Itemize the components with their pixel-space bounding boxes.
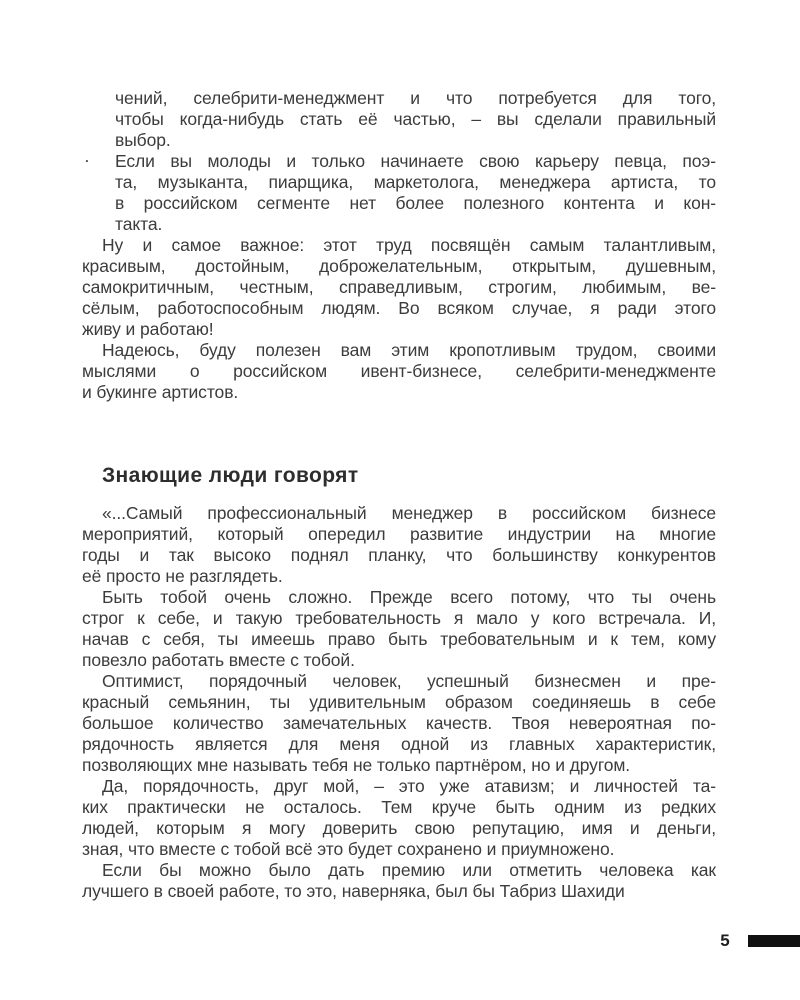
paragraph: Надеюсь, буду полезен вам этим кропотлив… xyxy=(82,340,716,403)
bullet-continuation: чений, селебрити-менеджмент и что потреб… xyxy=(82,88,716,151)
text-line: та, музыканта, пиарщика, маркетолога, ме… xyxy=(115,172,716,193)
text-line: позволяющих мне называть тебя не только … xyxy=(82,755,716,776)
text-line: большое количество замечательных качеств… xyxy=(82,713,716,734)
text-line: лучшего в своей работе, то это, наверняк… xyxy=(82,881,716,902)
paragraph: Быть тобой очень сложно. Прежде всего по… xyxy=(82,587,716,671)
text-line: живу и работаю! xyxy=(82,319,716,340)
text-line: выбор. xyxy=(115,130,716,151)
text-line: красный семьянин, ты удивительным образо… xyxy=(82,692,716,713)
text-line: в российском сегменте нет более полезног… xyxy=(115,193,716,214)
section-heading: Знающие люди говорят xyxy=(82,463,716,489)
text-line: Да, порядочность, друг мой, – это уже ат… xyxy=(82,776,716,797)
bullet-marker-icon: · xyxy=(84,150,90,171)
text-line: строг к себе, и такую требовательность я… xyxy=(82,608,716,629)
text-line: такта. xyxy=(115,214,716,235)
text-line: людей, которым я могу доверить свою репу… xyxy=(82,818,716,839)
paragraph: Если бы можно было дать премию или отмет… xyxy=(82,860,716,902)
page-number: 5 xyxy=(714,931,736,951)
page-text-column: чений, селебрити-менеджмент и что потреб… xyxy=(82,88,716,902)
text-line: и букинге артистов. xyxy=(82,382,716,403)
text-line: чтобы когда-нибудь стать её частью, – вы… xyxy=(115,109,716,130)
footer-accent-bar xyxy=(748,935,800,947)
text-line: Оптимист, порядочный человек, успешный б… xyxy=(82,671,716,692)
paragraph: Ну и самое важное: этот труд посвящён са… xyxy=(82,235,716,340)
text-line: мыслями о российском ивент-бизнесе, селе… xyxy=(82,361,716,382)
text-line: зная, что вместе с тобой всё это будет с… xyxy=(82,839,716,860)
text-line: «...Самый профессиональный менеджер в ро… xyxy=(82,503,716,524)
text-line: рядочность является для меня одной из гл… xyxy=(82,734,716,755)
text-line: ких практически не осталось. Тем круче б… xyxy=(82,797,716,818)
text-line: чений, селебрити-менеджмент и что потреб… xyxy=(115,88,716,109)
paragraph: «...Самый профессиональный менеджер в ро… xyxy=(82,503,716,587)
text-line: Быть тобой очень сложно. Прежде всего по… xyxy=(82,587,716,608)
text-line: самокритичным, честным, справедливым, ст… xyxy=(82,277,716,298)
book-page: { "document": { "language": "ru", "text_… xyxy=(0,0,800,1000)
text-line: Если вы молоды и только начинаете свою к… xyxy=(115,151,716,172)
text-line: повезло работать вместе с тобой. xyxy=(82,650,716,671)
bullet-list-item: ·Если вы молоды и только начинаете свою … xyxy=(82,151,716,235)
text-line: её просто не разглядеть. xyxy=(82,566,716,587)
paragraph: Оптимист, порядочный человек, успешный б… xyxy=(82,671,716,776)
text-line: красивым, достойным, доброжелательным, о… xyxy=(82,256,716,277)
text-line: сёлым, работоспособным людям. Во всяком … xyxy=(82,298,716,319)
text-line: Ну и самое важное: этот труд посвящён са… xyxy=(82,235,716,256)
text-line: Если бы можно было дать премию или отмет… xyxy=(82,860,716,881)
text-line: мероприятий, который опередил развитие и… xyxy=(82,524,716,545)
paragraph: Да, порядочность, друг мой, – это уже ат… xyxy=(82,776,716,860)
text-line: начав с себя, ты имеешь право быть требо… xyxy=(82,629,716,650)
text-line: Надеюсь, буду полезен вам этим кропотлив… xyxy=(82,340,716,361)
text-line: годы и так высоко поднял планку, что бол… xyxy=(82,545,716,566)
